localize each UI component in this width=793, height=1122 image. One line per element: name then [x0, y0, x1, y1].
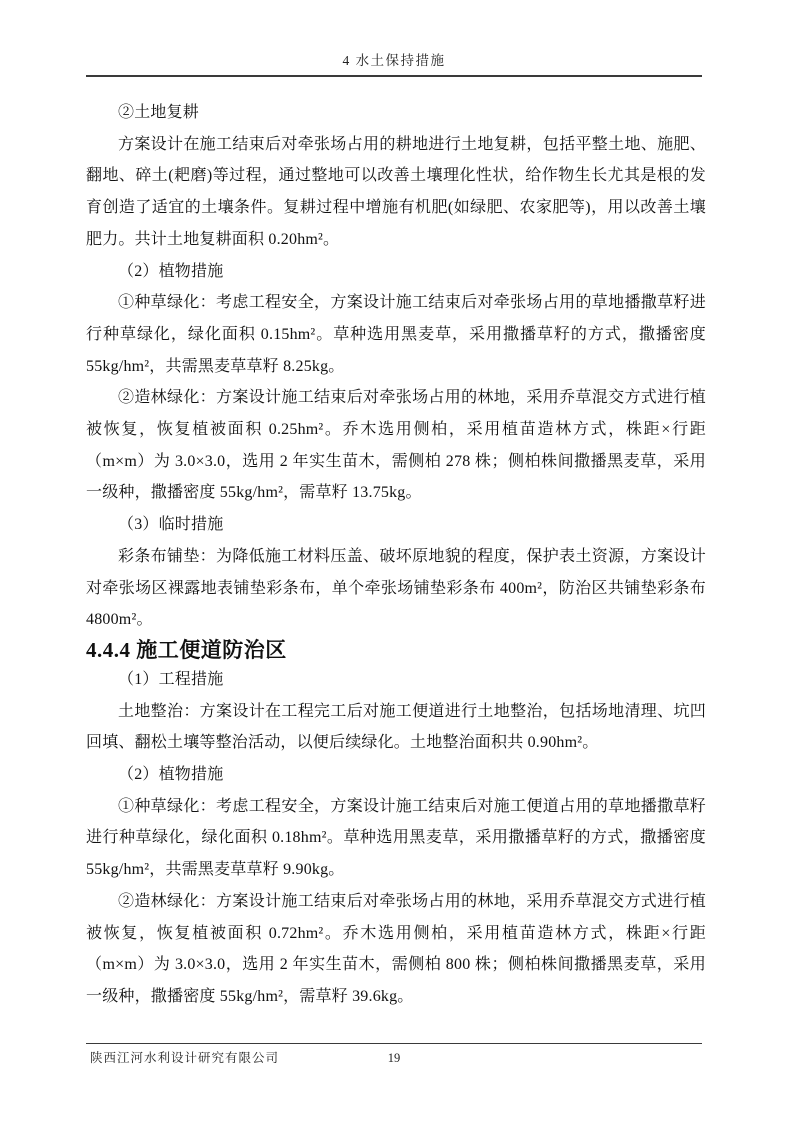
document-body: ②土地复耕 方案设计在施工结束后对牵张场占用的耕地进行土地复耕，包括平整土地、施…	[86, 97, 706, 1013]
section-label-plant-measures-1: （2）植物措施	[86, 256, 706, 288]
paragraph-land-recultivation: 方案设计在施工结束后对牵张场占用的耕地进行土地复耕，包括平整土地、施肥、翻地、碎…	[86, 129, 706, 256]
header-title: 4 水土保持措施	[86, 52, 702, 70]
paragraph-afforestation-2: ②造林绿化：方案设计施工结束后对牵张场占用的林地，采用乔草混交方式进行植被恢复，…	[86, 886, 706, 1013]
paragraph-grass-greening-1: ①种草绿化：考虑工程安全，方案设计施工结束后对牵张场占用的草地播撒草籽进行种草绿…	[86, 287, 706, 382]
section-label-plant-measures-2: （2）植物措施	[86, 759, 706, 791]
paragraph-land-regulation: 土地整治：方案设计在工程完工后对施工便道进行土地整治，包括场地清理、坑凹回填、翻…	[86, 696, 706, 759]
document-page: 4 水土保持措施 ②土地复耕 方案设计在施工结束后对牵张场占用的耕地进行土地复耕…	[0, 0, 793, 1122]
paragraph-land-recultivation-label: ②土地复耕	[86, 97, 706, 129]
paragraph-tarp-padding: 彩条布铺垫：为降低施工材料压盖、破坏原地貌的程度，保护表土资源，方案设计对牵张场…	[86, 541, 706, 636]
section-label-temporary-measures: （3）临时措施	[86, 509, 706, 541]
footer-page-number: 19	[86, 1050, 702, 1066]
paragraph-grass-greening-2: ①种草绿化：考虑工程安全，方案设计施工结束后对施工便道占用的草地播撒草籽进行种草…	[86, 791, 706, 886]
page-header: 4 水土保持措施	[86, 52, 702, 77]
header-rule	[86, 75, 702, 77]
section-heading-4-4-4: 4.4.4 施工便道防治区	[86, 636, 706, 664]
page-footer: 陕西江河水利设计研究有限公司 19	[86, 1043, 702, 1066]
paragraph-afforestation-1: ②造林绿化：方案设计施工结束后对牵张场占用的林地，采用乔草混交方式进行植被恢复，…	[86, 382, 706, 509]
section-label-engineering-measures: （1）工程措施	[86, 664, 706, 696]
